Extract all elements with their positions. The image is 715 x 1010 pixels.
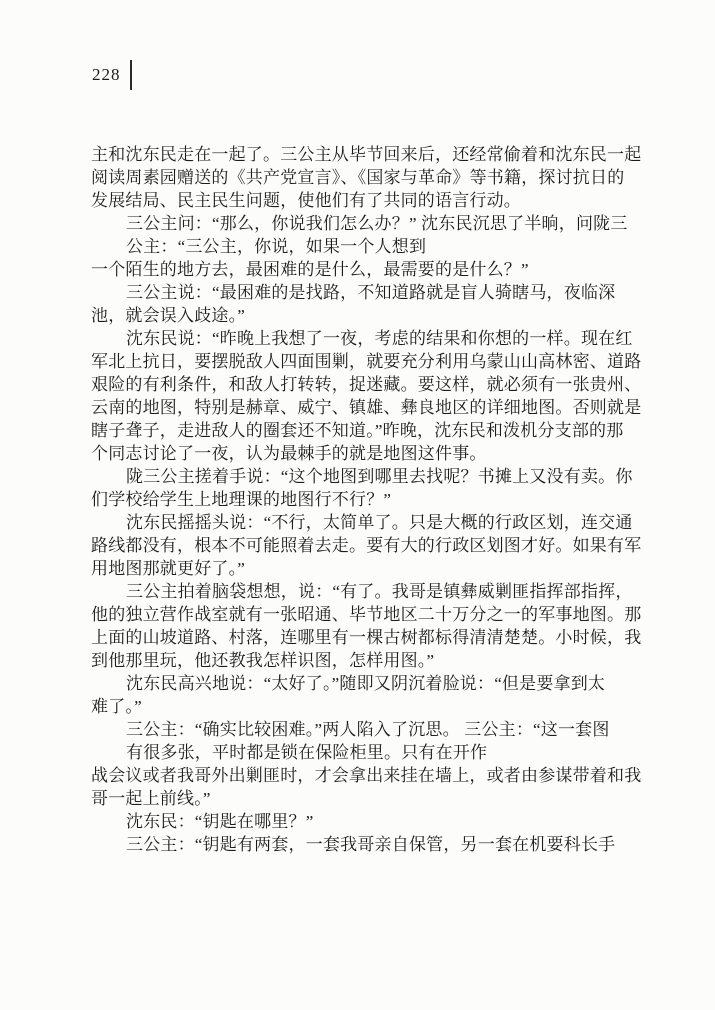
page-number: 228 [92,65,121,85]
text-line: 三公主问：“那么，你说我们怎么办？” 沈东民沉思了半晌，问陇三 [91,212,637,235]
text-line: 艰险的有利条件，和敌人打转转，捉迷藏。要这样，就必须有一张贵州、 [91,373,637,396]
text-line: 路线都没有，根本不可能照着去走。要有大的行政区划图才好。如果有军 [91,534,637,557]
text-line: 发展结局、民主民生问题，使他们有了共同的语言行动。 [91,189,637,212]
text-line: 战会议或者我哥外出剿匪时，才会拿出来挂在墙上，或者由参谋带着和我 [91,764,637,787]
text-line: 公主：“三公主，你说，如果一个人想到 [91,235,637,258]
book-page: 228 主和沈东民走在一起了。三公主从毕节回来后，还经常偷着和沈东民一起阅读周素… [0,0,715,1010]
text-line: 们学校给学生上地理课的地图行不行？” [91,488,637,511]
text-line: 难了。” [91,695,637,718]
text-line: 沈东民：“钥匙在哪里？” [91,810,637,833]
text-line: 用地图那就更好了。” [91,557,637,580]
text-line: 一个陌生的地方去，最困难的是什么，最需要的是什么？” [91,258,637,281]
text-line: 云南的地图，特别是赫章、威宁、镇雄、彝良地区的详细地图。否则就是 [91,396,637,419]
text-line: 到他那里玩，他还教我怎样识图，怎样用图。” [91,649,637,672]
text-line: 池，就会误入歧途。” [91,304,637,327]
text-line: 三公主说：“最困难的是找路，不知道路就是盲人骑瞎马，夜临深 [91,281,637,304]
text-line: 沈东民摇摇头说：“不行，太简单了。只是大概的行政区划，连交通 [91,511,637,534]
text-line: 个同志讨论了一夜，认为最棘手的就是地图这件事。 [91,442,637,465]
header-rule [130,60,132,90]
text-line: 沈东民说：“昨晚上我想了一夜，考虑的结果和你想的一样。现在红 [91,327,637,350]
text-line: 三公主拍着脑袋想想，说：“有了。我哥是镇彝威剿匪指挥部指挥， [91,580,637,603]
text-line: 三公主：“确实比较困难。”两人陷入了沉思。 三公主：“这一套图 [91,718,637,741]
text-line: 陇三公主搓着手说：“这个地图到哪里去找呢？书摊上又没有卖。你 [91,465,637,488]
text-line: 哥一起上前线。” [91,787,637,810]
text-line: 三公主：“钥匙有两套，一套我哥亲自保管，另一套在机要科长手 [91,833,637,856]
text-line: 沈东民高兴地说：“太好了。”随即又阴沉着脸说：“但是要拿到太 [91,672,637,695]
text-line: 上面的山坡道路、村落，连哪里有一棵古树都标得清清楚楚。小时候，我 [91,626,637,649]
text-block: 主和沈东民走在一起了。三公主从毕节回来后，还经常偷着和沈东民一起阅读周素园赠送的… [91,143,637,856]
text-line: 阅读周素园赠送的《共产党宣言》、《国家与革命》等书籍，探讨抗日的 [91,166,637,189]
page-header: 228 [92,59,132,91]
text-line: 有很多张，平时都是锁在保险柜里。只有在开作 [91,741,637,764]
text-line: 主和沈东民走在一起了。三公主从毕节回来后，还经常偷着和沈东民一起 [91,143,637,166]
text-line: 瞎子聋子，走进敌人的圈套还不知道。”昨晚，沈东民和泼机分支部的那 [91,419,637,442]
text-line: 军北上抗日，要摆脱敌人四面围剿，就要充分利用乌蒙山山高林密、道路 [91,350,637,373]
text-line: 他的独立营作战室就有一张昭通、毕节地区二十万分之一的军事地图。那 [91,603,637,626]
